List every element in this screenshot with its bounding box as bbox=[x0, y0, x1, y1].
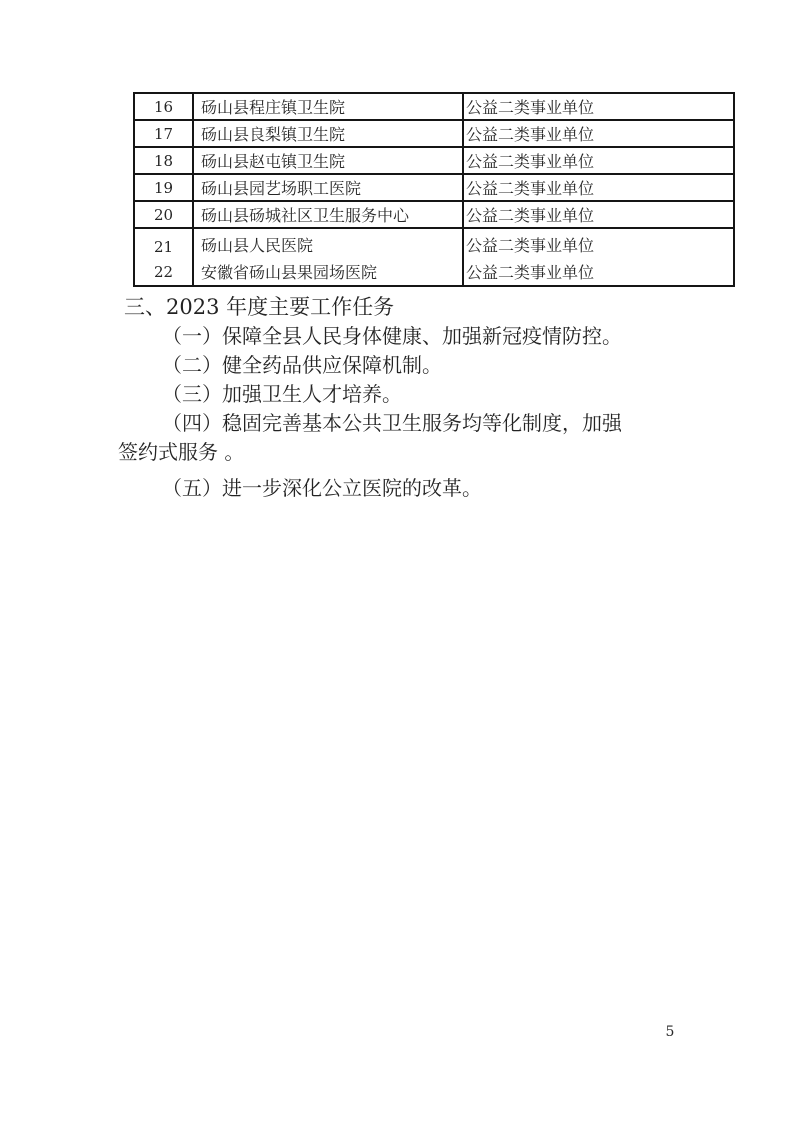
org-type: 公益二类事业单位 bbox=[463, 120, 734, 147]
task-item-2: （二）健全药品供应保障机制。 bbox=[118, 351, 640, 380]
task-item-1: （一）保障全县人民身体健康、加强新冠疫情防控。 bbox=[118, 322, 640, 351]
work-tasks-section: 三、2023 年度主要工作任务 （一）保障全县人民身体健康、加强新冠疫情防控。 … bbox=[118, 292, 640, 503]
row-number: 18 bbox=[134, 147, 193, 174]
org-name: 砀山县程庄镇卫生院 bbox=[193, 93, 463, 120]
page-number: 5 bbox=[660, 1024, 680, 1040]
table-row: 16 砀山县程庄镇卫生院 公益二类事业单位 bbox=[134, 93, 734, 120]
section-heading: 三、2023 年度主要工作任务 bbox=[118, 292, 640, 322]
table-row: 18 砀山县赵屯镇卫生院 公益二类事业单位 bbox=[134, 147, 734, 174]
org-type: 公益二类事业单位 bbox=[463, 201, 734, 228]
document-page: 16 砀山县程庄镇卫生院 公益二类事业单位 17 砀山县良梨镇卫生院 公益二类事… bbox=[0, 0, 793, 1122]
row-number: 19 bbox=[134, 174, 193, 201]
table-row: 17 砀山县良梨镇卫生院 公益二类事业单位 bbox=[134, 120, 734, 147]
row-number: 17 bbox=[134, 120, 193, 147]
table-row: 21 砀山县人民医院 公益二类事业单位 bbox=[134, 228, 734, 258]
org-name: 砀山县良梨镇卫生院 bbox=[193, 120, 463, 147]
table-row: 20 砀山县砀城社区卫生服务中心 公益二类事业单位 bbox=[134, 201, 734, 228]
org-name: 砀山县砀城社区卫生服务中心 bbox=[193, 201, 463, 228]
table-row: 19 砀山县园艺场职工医院 公益二类事业单位 bbox=[134, 174, 734, 201]
org-type: 公益二类事业单位 bbox=[463, 174, 734, 201]
org-name: 砀山县园艺场职工医院 bbox=[193, 174, 463, 201]
row-number: 21 bbox=[134, 228, 193, 258]
row-number: 22 bbox=[134, 258, 193, 286]
table-body: 16 砀山县程庄镇卫生院 公益二类事业单位 17 砀山县良梨镇卫生院 公益二类事… bbox=[134, 93, 734, 286]
org-type: 公益二类事业单位 bbox=[463, 228, 734, 258]
org-type: 公益二类事业单位 bbox=[463, 93, 734, 120]
org-classification-table: 16 砀山县程庄镇卫生院 公益二类事业单位 17 砀山县良梨镇卫生院 公益二类事… bbox=[133, 92, 735, 287]
org-type: 公益二类事业单位 bbox=[463, 258, 734, 286]
row-number: 20 bbox=[134, 201, 193, 228]
table-row: 22 安徽省砀山县果园场医院 公益二类事业单位 bbox=[134, 258, 734, 286]
task-item-4: （四）稳固完善基本公共卫生服务均等化制度，加强签约式服务 。 bbox=[118, 409, 640, 467]
org-name: 砀山县赵屯镇卫生院 bbox=[193, 147, 463, 174]
row-number: 16 bbox=[134, 93, 193, 120]
task-item-5: （五）进一步深化公立医院的改革。 bbox=[118, 474, 640, 503]
task-item-3: （三）加强卫生人才培养。 bbox=[118, 380, 640, 409]
org-name: 安徽省砀山县果园场医院 bbox=[193, 258, 463, 286]
org-name: 砀山县人民医院 bbox=[193, 228, 463, 258]
org-type: 公益二类事业单位 bbox=[463, 147, 734, 174]
